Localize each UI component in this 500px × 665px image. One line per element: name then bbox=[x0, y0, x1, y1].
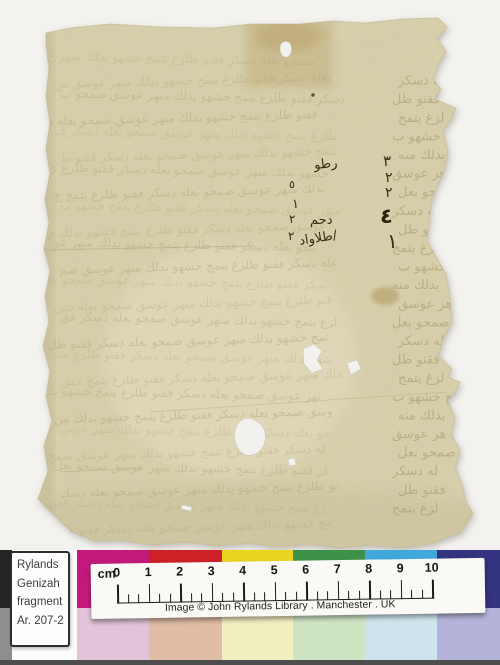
ghost-text-right: صمحو بعل bbox=[398, 446, 456, 461]
ghost-text-right: له دسكر bbox=[391, 464, 438, 479]
ink-annotation: ٢ bbox=[289, 212, 295, 226]
ghost-text-right: بدلك منه bbox=[398, 148, 445, 163]
ruler-number-3: 3 bbox=[201, 564, 221, 578]
stain-right bbox=[371, 287, 399, 305]
ruler-tick-major bbox=[211, 583, 213, 602]
ghost-text-right: فقنو طل bbox=[392, 92, 440, 107]
ruler-tick-major bbox=[400, 580, 402, 599]
ruler-tick-major bbox=[369, 581, 371, 600]
hole bbox=[280, 42, 291, 58]
ruler-number-4: 4 bbox=[233, 563, 253, 577]
ruler-number-6: 6 bbox=[296, 562, 316, 576]
ghost-text-right: هر عوسق bbox=[392, 427, 447, 442]
ink-annotation: ٢ bbox=[385, 170, 393, 186]
ruler-number-0: 0 bbox=[107, 565, 127, 579]
ghost-text-right: بدلك منه bbox=[392, 278, 439, 293]
ruler: cm 012345678910 Image © John Rylands Lib… bbox=[91, 558, 486, 619]
ruler-number-2: 2 bbox=[170, 564, 190, 578]
ink-annotation: دحم bbox=[310, 213, 333, 228]
ghost-text-right: بدلك منه bbox=[398, 408, 445, 423]
color-patch-bottom-7 bbox=[437, 608, 500, 660]
label-line: Rylands bbox=[17, 556, 68, 575]
ink-annotation: ١ bbox=[387, 229, 398, 253]
ghost-text-right: لزغ يتمج bbox=[392, 501, 438, 516]
color-patch-bottom-6 bbox=[365, 608, 437, 660]
ghost-text-right: له دسكر bbox=[397, 334, 444, 349]
ghost-text-right: صمحو بعل bbox=[392, 315, 450, 330]
ghost-text-right: فقنو طل bbox=[398, 222, 446, 237]
ruler-number-5: 5 bbox=[264, 563, 284, 577]
color-bar-base-strip bbox=[0, 660, 500, 665]
ruler-number-10: 10 bbox=[422, 560, 442, 574]
color-patch-bottom-5 bbox=[293, 608, 365, 660]
ghost-text-right: فقنو طل bbox=[392, 353, 440, 368]
ghost-text-right: لزغ يتمج bbox=[398, 371, 444, 386]
label-card: Rylands Genizah fragment Ar. 207-2 bbox=[10, 551, 70, 647]
ruler-number-1: 1 bbox=[138, 565, 158, 579]
ink-annotation: ٥ bbox=[289, 178, 295, 191]
ruler-number-7: 7 bbox=[327, 562, 347, 576]
ink-annotation: ١ bbox=[292, 197, 299, 212]
photograph-canvas: صمحو بعله دسكر فقنو طلزغ يتمج خشهو بدلك … bbox=[0, 0, 500, 665]
ruler-tick-major bbox=[274, 582, 276, 601]
ghost-text-right: فقنو طل bbox=[398, 483, 446, 498]
ghost-text-right: لزغ يتمج bbox=[398, 111, 444, 126]
ruler-tick-major bbox=[117, 585, 119, 604]
label-line: fragment bbox=[17, 593, 68, 612]
ghost-text-right: ج خشهو ب bbox=[398, 260, 460, 275]
ruler-tick-major bbox=[148, 584, 150, 603]
ruler-tick-major bbox=[337, 581, 339, 600]
ghost-text-right: صمحو بعل bbox=[398, 185, 456, 200]
ghost-text-right: له دسكر bbox=[397, 74, 444, 89]
hole bbox=[288, 458, 296, 466]
ink-annotation: ٣ bbox=[383, 152, 391, 170]
ghost-text-right: هر عوسق bbox=[392, 167, 447, 182]
ghost-text-right: هر عوسق bbox=[398, 297, 453, 312]
ink-annotation: ٢ bbox=[385, 185, 393, 201]
ruler-tick-major bbox=[432, 580, 434, 599]
ruler-tick-major bbox=[243, 583, 245, 602]
ruler-tick-major bbox=[306, 582, 308, 601]
ruler-number-9: 9 bbox=[390, 561, 410, 575]
label-line: Ar. 207-2 bbox=[17, 612, 68, 631]
ink-annotation: رطو bbox=[312, 156, 338, 173]
ink-annotation: ٤ bbox=[380, 204, 393, 228]
ruler-tick-major bbox=[180, 584, 182, 603]
ink-annotation: ٢ bbox=[288, 229, 294, 243]
ink-speck bbox=[311, 93, 315, 97]
ruler-number-8: 8 bbox=[359, 561, 379, 575]
label-line: Genizah bbox=[17, 575, 68, 594]
